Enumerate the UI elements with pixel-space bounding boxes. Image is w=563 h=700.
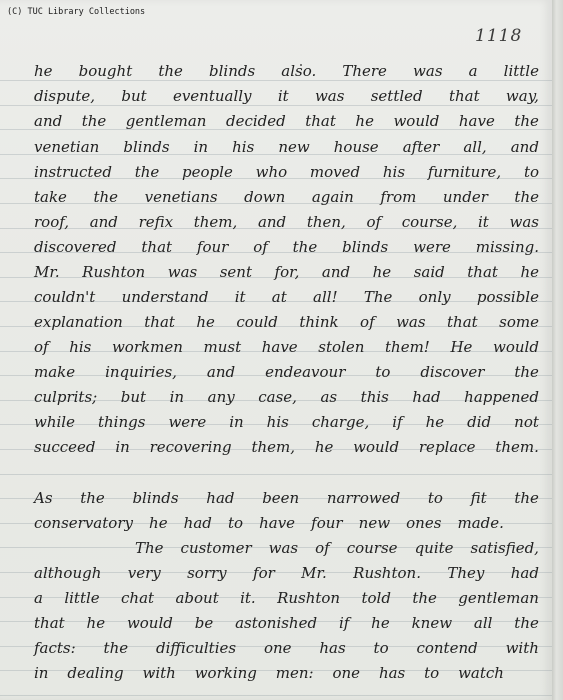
- handwritten-word: furniture,: [428, 162, 501, 182]
- handwritten-word: He: [450, 337, 472, 357]
- handwritten-word: a: [469, 61, 478, 81]
- copyright-watermark: (C) TUC Library Collections: [7, 7, 145, 17]
- handwritten-word: then,: [307, 212, 346, 232]
- handwritten-word: had: [511, 563, 539, 583]
- manuscript-line: culprits;butinanycase,asthishadhappened: [34, 387, 539, 407]
- handwritten-word: sorry: [187, 563, 227, 583]
- ruled-line: [0, 695, 552, 696]
- manuscript-line: couldn'tunderstanditatall!Theonlypossibl…: [34, 287, 539, 307]
- handwritten-word: under: [443, 187, 488, 207]
- manuscript-line: discoveredthatfouroftheblindsweremissing…: [34, 237, 539, 257]
- ink-speck: [300, 64, 302, 66]
- handwritten-word: some: [499, 312, 539, 332]
- handwritten-word: quite: [415, 538, 454, 558]
- handwritten-word: moved: [310, 162, 360, 182]
- handwritten-word: at: [272, 287, 287, 307]
- handwritten-word: The: [135, 538, 164, 558]
- manuscript-line: succeedinrecoveringthem,hewouldreplaceth…: [34, 437, 539, 457]
- handwritten-word: said: [414, 262, 445, 282]
- handwritten-word: dispute,: [34, 86, 95, 106]
- handwritten-word: that: [447, 312, 478, 332]
- handwritten-word: made.: [457, 513, 503, 533]
- handwritten-word: had: [206, 488, 234, 508]
- manuscript-line: althoughverysorryforMr.Rushton.Theyhad: [34, 563, 539, 583]
- manuscript-line: Mr.Rushtonwassentfor,andhesaidthathe: [34, 262, 539, 282]
- handwritten-word: succeed: [34, 437, 96, 457]
- handwritten-word: facts:: [34, 638, 76, 658]
- handwritten-word: charge,: [312, 412, 369, 432]
- handwritten-word: of: [366, 212, 381, 232]
- handwritten-word: take: [34, 187, 67, 207]
- handwritten-word: them!: [385, 337, 430, 357]
- manuscript-line: explanationthathecouldthinkofwasthatsome: [34, 312, 539, 332]
- handwritten-word: dealing: [67, 663, 123, 683]
- handwritten-word: inquiries,: [105, 362, 177, 382]
- handwritten-word: and: [322, 262, 350, 282]
- handwritten-word: has: [319, 638, 345, 658]
- handwritten-word: new: [278, 137, 309, 157]
- manuscript-line: thathewouldbeastonishedifheknewallthe: [34, 613, 539, 633]
- handwritten-word: instructed: [34, 162, 112, 182]
- handwritten-word: discover: [420, 362, 484, 382]
- handwritten-word: with: [143, 663, 176, 683]
- handwritten-word: way,: [506, 86, 539, 106]
- handwritten-word: after: [403, 137, 440, 157]
- handwritten-word: the: [82, 111, 107, 131]
- handwritten-word: the: [104, 638, 129, 658]
- handwritten-word: and: [90, 212, 118, 232]
- handwritten-word: any: [208, 387, 235, 407]
- handwritten-word: in: [170, 387, 184, 407]
- handwritten-word: it.: [240, 588, 256, 608]
- handwritten-word: bought: [79, 61, 133, 81]
- handwritten-word: about: [175, 588, 218, 608]
- ink-speck: [152, 672, 154, 674]
- handwritten-word: he: [196, 312, 215, 332]
- handwritten-word: with: [506, 638, 539, 658]
- handwritten-word: would: [353, 437, 399, 457]
- handwritten-word: blinds: [209, 61, 255, 81]
- handwritten-word: he: [34, 61, 53, 81]
- handwritten-word: watch: [458, 663, 504, 683]
- handwritten-word: have: [459, 111, 495, 131]
- handwritten-word: people: [182, 162, 233, 182]
- handwritten-word: The: [364, 287, 393, 307]
- handwritten-word: been: [262, 488, 299, 508]
- handwritten-word: all!: [313, 287, 338, 307]
- handwritten-word: to: [375, 362, 390, 382]
- handwritten-word: again: [312, 187, 354, 207]
- handwritten-word: all: [474, 613, 493, 633]
- handwritten-word: things: [98, 412, 145, 432]
- handwritten-word: them,: [194, 212, 238, 232]
- handwritten-word: chat: [121, 588, 154, 608]
- handwritten-word: told: [361, 588, 390, 608]
- page-edge: [552, 0, 563, 700]
- handwritten-word: Mr.: [34, 262, 60, 282]
- handwritten-word: he: [149, 513, 168, 533]
- handwritten-word: and: [258, 212, 286, 232]
- handwritten-word: fit: [471, 488, 487, 508]
- handwritten-word: the: [514, 111, 539, 131]
- ruled-line: [0, 474, 552, 475]
- handwritten-word: the: [80, 488, 105, 508]
- handwritten-word: think: [299, 312, 338, 332]
- handwritten-word: from: [380, 187, 416, 207]
- handwritten-word: Mr.: [301, 563, 327, 583]
- handwritten-word: eventually: [173, 86, 252, 106]
- handwritten-word: had: [184, 513, 212, 533]
- handwritten-word: culprits;: [34, 387, 97, 407]
- handwritten-word: recovering: [150, 437, 232, 457]
- handwritten-word: of: [253, 237, 268, 257]
- handwritten-word: make: [34, 362, 75, 382]
- handwritten-word: happened: [464, 387, 539, 407]
- handwritten-word: as: [320, 387, 337, 407]
- handwritten-word: he: [315, 437, 334, 457]
- handwritten-word: sent: [220, 262, 252, 282]
- manuscript-line: Thecustomerwasofcoursequitesatisfied,: [135, 538, 539, 558]
- handwritten-word: them.: [495, 437, 539, 457]
- handwritten-word: refix: [139, 212, 174, 232]
- manuscript-line: takethevenetiansdownagainfromunderthe: [34, 187, 539, 207]
- handwritten-word: although: [34, 563, 101, 583]
- handwritten-word: his: [383, 162, 405, 182]
- handwritten-word: but: [121, 86, 146, 106]
- handwritten-word: astonished: [235, 613, 317, 633]
- handwritten-word: case,: [258, 387, 297, 407]
- handwritten-word: he: [371, 613, 390, 633]
- handwritten-word: while: [34, 412, 75, 432]
- handwritten-word: Rushton: [82, 262, 145, 282]
- handwritten-word: it: [235, 287, 246, 307]
- manuscript-line: instructedthepeoplewhomovedhisfurniture,…: [34, 162, 539, 182]
- handwritten-word: a: [34, 588, 43, 608]
- handwritten-word: them,: [251, 437, 295, 457]
- handwritten-word: the: [514, 362, 539, 382]
- manuscript-page: (C) TUC Library Collections 1118 hebough…: [0, 0, 553, 700]
- handwritten-word: Rushton: [277, 588, 340, 608]
- handwritten-word: As: [34, 488, 53, 508]
- handwritten-word: the: [514, 488, 539, 508]
- manuscript-line: andthegentlemandecidedthathewouldhavethe: [34, 111, 539, 131]
- handwritten-word: in: [34, 663, 48, 683]
- handwritten-word: difficulties: [156, 638, 236, 658]
- handwritten-word: have: [259, 513, 295, 533]
- handwritten-word: venetian: [34, 137, 99, 157]
- handwritten-word: new: [359, 513, 390, 533]
- handwritten-word: There: [342, 61, 387, 81]
- handwritten-word: blinds: [342, 237, 388, 257]
- handwritten-word: for,: [275, 262, 300, 282]
- manuscript-line: makeinquiries,andendeavourtodiscoverthe: [34, 362, 539, 382]
- manuscript-line: ofhisworkmenmusthavestolenthem!Hewould: [34, 337, 539, 357]
- handwritten-word: of: [34, 337, 49, 357]
- handwritten-word: missing.: [476, 237, 539, 257]
- handwritten-word: has: [379, 663, 405, 683]
- handwritten-word: decided: [226, 111, 286, 131]
- handwritten-word: that: [305, 111, 336, 131]
- handwritten-word: venetians: [145, 187, 218, 207]
- handwritten-word: would: [127, 613, 173, 633]
- handwritten-word: explanation: [34, 312, 123, 332]
- handwritten-word: have: [262, 337, 298, 357]
- handwritten-word: narrowed: [327, 488, 400, 508]
- handwritten-word: ones: [406, 513, 441, 533]
- handwritten-word: were: [168, 412, 206, 432]
- handwritten-word: endeavour: [265, 362, 345, 382]
- page-number: 1118: [475, 26, 522, 46]
- handwritten-word: in: [115, 437, 129, 457]
- handwritten-word: very: [128, 563, 161, 583]
- handwritten-word: blinds: [132, 488, 178, 508]
- handwritten-word: couldn't: [34, 287, 95, 307]
- handwritten-word: he: [87, 613, 106, 633]
- handwritten-word: his: [69, 337, 91, 357]
- handwritten-word: possible: [477, 287, 539, 307]
- manuscript-line: dispute,buteventuallyitwassettledthatway…: [34, 86, 539, 106]
- handwritten-word: little: [64, 588, 99, 608]
- handwritten-word: was: [315, 86, 344, 106]
- handwritten-word: he: [520, 262, 539, 282]
- handwritten-word: customer: [181, 538, 252, 558]
- handwritten-word: if: [339, 613, 349, 633]
- handwritten-word: the: [412, 588, 437, 608]
- handwritten-word: who: [256, 162, 288, 182]
- handwritten-word: and: [511, 137, 539, 157]
- handwritten-word: contend: [416, 638, 477, 658]
- handwritten-word: in: [229, 412, 243, 432]
- handwritten-word: all,: [463, 137, 486, 157]
- handwritten-word: and: [34, 111, 62, 131]
- handwritten-word: gentleman: [458, 588, 539, 608]
- handwritten-word: must: [203, 337, 241, 357]
- handwritten-word: satisfied,: [471, 538, 539, 558]
- handwritten-word: the: [93, 187, 118, 207]
- handwritten-word: house: [334, 137, 379, 157]
- handwritten-word: course: [347, 538, 398, 558]
- handwritten-word: this: [361, 387, 389, 407]
- handwritten-word: that: [141, 237, 172, 257]
- handwritten-word: knew: [412, 613, 452, 633]
- handwritten-word: They: [447, 563, 484, 583]
- handwritten-word: roof,: [34, 212, 69, 232]
- handwritten-word: to: [424, 663, 439, 683]
- handwritten-word: was: [509, 212, 538, 232]
- handwritten-word: one: [332, 663, 360, 683]
- handwritten-word: course,: [402, 212, 458, 232]
- handwritten-word: to: [228, 513, 243, 533]
- manuscript-line: venetianblindsinhisnewhouseafterall,and: [34, 137, 539, 157]
- handwritten-word: for: [253, 563, 275, 583]
- handwritten-word: his: [267, 412, 289, 432]
- handwritten-word: not: [514, 412, 539, 432]
- handwritten-word: that: [34, 613, 65, 633]
- handwritten-word: workmen: [112, 337, 183, 357]
- handwritten-word: Rushton.: [353, 563, 421, 583]
- handwritten-word: the: [135, 162, 160, 182]
- handwritten-word: to: [428, 488, 443, 508]
- handwritten-word: be: [195, 613, 213, 633]
- handwritten-word: was: [396, 312, 425, 332]
- handwritten-word: of: [360, 312, 375, 332]
- handwritten-word: the: [514, 613, 539, 633]
- handwritten-word: one: [264, 638, 292, 658]
- manuscript-line: conservatoryhehadtohavefournewonesmade.: [34, 513, 504, 533]
- handwritten-word: down: [244, 187, 285, 207]
- handwritten-word: little: [504, 61, 539, 81]
- handwritten-word: four: [197, 237, 228, 257]
- handwritten-word: replace: [419, 437, 476, 457]
- handwritten-word: was: [413, 61, 442, 81]
- manuscript-line: roof,andrefixthem,andthen,ofcourse,itwas: [34, 212, 539, 232]
- handwritten-word: stolen: [318, 337, 364, 357]
- handwritten-word: also.: [281, 61, 316, 81]
- handwritten-word: to: [374, 638, 389, 658]
- manuscript-line: alittlechataboutit.Rushtontoldthegentlem…: [34, 588, 539, 608]
- handwritten-word: working: [195, 663, 257, 683]
- handwritten-word: of: [315, 538, 330, 558]
- handwritten-word: he: [426, 412, 445, 432]
- handwritten-word: would: [493, 337, 539, 357]
- manuscript-line: Astheblindshadbeennarrowedtofitthe: [34, 488, 539, 508]
- handwritten-word: was: [168, 262, 197, 282]
- handwritten-word: would: [393, 111, 439, 131]
- handwritten-word: that: [144, 312, 175, 332]
- handwritten-word: he: [355, 111, 374, 131]
- handwritten-word: could: [236, 312, 278, 332]
- handwritten-word: the: [158, 61, 183, 81]
- manuscript-line: heboughttheblindsalso.Therewasalittle: [34, 61, 539, 81]
- handwritten-word: but: [121, 387, 146, 407]
- handwritten-word: conservatory: [34, 513, 133, 533]
- handwritten-word: that: [449, 86, 480, 106]
- manuscript-line: indealingwithworkingmen:onehastowatch: [34, 663, 504, 683]
- handwritten-word: to: [524, 162, 539, 182]
- handwritten-word: were: [413, 237, 451, 257]
- handwritten-word: four: [311, 513, 342, 533]
- handwritten-word: it: [278, 86, 289, 106]
- handwritten-word: he: [373, 262, 392, 282]
- handwritten-word: it: [478, 212, 489, 232]
- handwritten-word: the: [514, 187, 539, 207]
- handwritten-word: did: [467, 412, 491, 432]
- handwritten-word: men:: [276, 663, 314, 683]
- handwritten-word: discovered: [34, 237, 117, 257]
- handwritten-word: understand: [122, 287, 209, 307]
- handwritten-word: if: [392, 412, 402, 432]
- handwritten-word: that: [467, 262, 498, 282]
- manuscript-line: facts:thedifficultiesonehastocontendwith: [34, 638, 539, 658]
- handwritten-word: gentleman: [126, 111, 207, 131]
- handwritten-word: blinds: [123, 137, 169, 157]
- handwritten-word: was: [269, 538, 298, 558]
- handwritten-word: and: [207, 362, 235, 382]
- handwritten-word: his: [232, 137, 254, 157]
- handwritten-word: only: [419, 287, 451, 307]
- handwritten-word: in: [194, 137, 208, 157]
- manuscript-line: whilethingswereinhischarge,ifhedidnot: [34, 412, 539, 432]
- handwritten-word: had: [412, 387, 440, 407]
- handwritten-word: the: [293, 237, 318, 257]
- handwritten-word: settled: [371, 86, 423, 106]
